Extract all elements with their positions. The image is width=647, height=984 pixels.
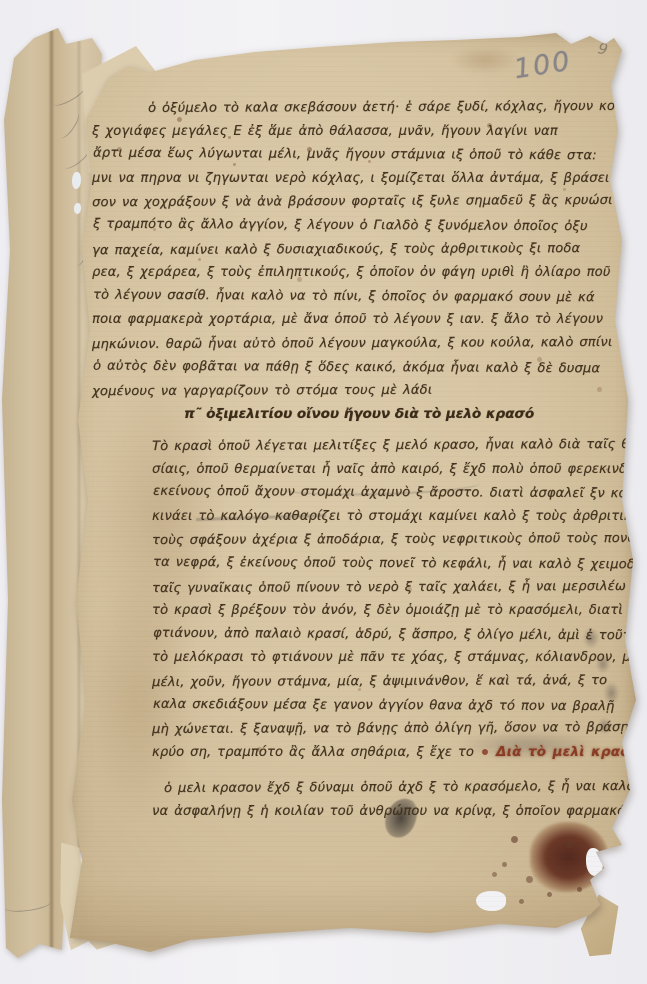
manuscript-line: μὴ χώνεται. ξ ξαναψῇ, να τὸ βάνῃς ἀπὸ ὀλ… [152,716,632,742]
manuscript-line: φτιάνουν, ἀπὸ παλαιὸ κρασί, ἁδρύ, ξ ἄσπρ… [153,621,633,647]
pencil-page-number: 100 [512,46,574,86]
manuscript-line: ὁ μελι κρασον ἔχδ ξ δύναμι ὁποῦ ἀχδ ξ τὸ… [152,775,632,801]
manuscript-line: τοὺς σφάξουν ἀχέρια ξ ἀποδάρια, ξ τοὺς ν… [152,527,632,553]
line-text: κρύο ση, τραμπότο ἂς ἄλλα σηθάρια, ξ ἔχε… [152,745,474,760]
stain [78,884,608,948]
manuscript-line: ξ τραμπότο ἂς ἄλλο ἀγγίον, ξ λέγουν ὁ Γι… [93,213,633,239]
manuscript-line: ὁ αὐτὸς δὲν φοβᾶται να πάθῃ ξ ὅδες καικό… [93,354,633,380]
paragraph-melokraso: Τὸ κρασὶ ὁποῦ λέγεται μελιτίξες ξ μελό κ… [152,434,632,764]
manuscript-line: ὁ ὀξύμελο τὸ καλα σκεβάσουν ἀετή· ἑ σάρε… [92,95,632,121]
manuscript-line: ποια φαρμακερὰ χορτάρια, μὲ ἄνα ὁποῦ τὸ … [92,308,632,332]
paragraph-melikrato: ὁ μελι κρασον ἔχδ ξ δύναμι ὁποῦ ἀχδ ξ τὸ… [152,776,632,823]
manuscript-line: σίαις, ὁποῦ θερμαίνεται ἦ ναῖς ἀπὸ καιρό… [152,458,632,482]
manuscript-line: τὸ μελόκρασι τὸ φτιάνουν μὲ πᾶν τε χόας,… [152,646,632,670]
manuscript-line: τὸ λέγουν σασίθ. ἦναι καλὸ να τὸ πίνι, ξ… [93,283,633,309]
red-ink-heading: Διὰ τὸ μελὶ κρασό [496,744,640,760]
section-heading: π῀ ὀξιμελιτίου οἴνου ἤγουν διὰ τὸ μελὸ κ… [184,406,544,422]
manuscript-line: γα παχεία, καμίνει καλὸ ξ δυσιαχιαδικούς… [92,236,632,262]
manuscript-line: καλα σκεδιάξουν μέσα ξε γανον ἀγγίον θαν… [153,692,633,718]
manuscript-line: τὸ κρασὶ ξ βρέξουν τὸν ἀνόν, ξ δὲν ὁμοιά… [152,599,632,623]
foxing-spots [58,28,61,31]
paper-hole [476,891,506,911]
manuscript-line: μνι να πηρνα νι ζηγωνται νερὸ κόχλας, ι … [92,167,632,191]
manuscript-line-with-rubric: κρύο ση, τραμπότο ἂς ἄλλα σηθάρια, ξ ἔχε… [152,741,632,765]
manuscript-line: ταῖς γυναῖκαις ὁποῦ πίνουν τὸ νερὸ ξ ταῖ… [152,575,632,601]
stain-speckles [58,28,61,31]
red-ink-mark [482,749,488,755]
scanner-background: { "page": { "pencil_page_number": "100",… [0,0,647,984]
paragraph-oxymel: ὁ ὀξύμελο τὸ καλα σκεβάσουν ἀετή· ἑ σάρε… [92,96,632,403]
manuscript-line: τα νεφρά, ξ ἐκείνους ὁποῦ τοὺς πονεῖ τὸ … [153,551,633,577]
manuscript-line: ἄρτι μέσα ἕως λύγωνται μέλι, μνᾶς ἤγουν … [93,142,633,168]
manuscript-line: μηκώνιον. θαρῶ ἦναι αὐτὸ ὁποῦ λέγουν μαγ… [92,331,632,357]
manuscript-line: μέλι, χοῦν, ἤγουν στάμνα, μία, ξ ἀψιμινά… [152,669,632,695]
stain [450,46,520,74]
manuscript-line: ρεα, ξ χεράρεα, ξ τοὺς ἐπιληπτικούς, ξ ὁ… [92,261,632,285]
manuscript-line: κινάει τὸ καλόγο καθαρίζει τὸ στομάχι κα… [152,505,632,529]
manuscript-line: χομένους να γαργαρίζουν τὸ στόμα τους μὲ… [92,378,632,404]
paragraph-lines: Τὸ κρασὶ ὁποῦ λέγεται μελιτίξες ξ μελό κ… [152,434,632,741]
manuscript-line: σον να χοχράξουν ξ νὰ ἀνὰ βράσουν φορταῖ… [92,189,632,215]
leaf-shadow: 100 9 ὁ ὀξύμελο τὸ καλα σκεβάσουν ἀετή· … [0,0,647,984]
manuscript-leaf: 100 9 ὁ ὀξύμελο τὸ καλα σκεβάσουν ἀετή· … [58,28,640,962]
manuscript-line: Τὸ κρασὶ ὁποῦ λέγεται μελιτίξες ξ μελό κ… [152,433,632,459]
folio-mark: 9 [596,39,609,59]
manuscript-line: να ἀσφαλήνῃ ξ ἡ κοιλίαν τοῦ ἀνθρώπου να … [152,800,632,824]
manuscript-line: ξ χογιάφες μεγάλες Ε ἐξ ἅμε ἀπὸ θάλασσα,… [92,120,632,144]
paper-hole [586,848,603,876]
manuscript-line: εκείνους ὁποῦ ἄχουν στομάχι ἀχαμνὸ ξ ἄρο… [153,480,633,506]
